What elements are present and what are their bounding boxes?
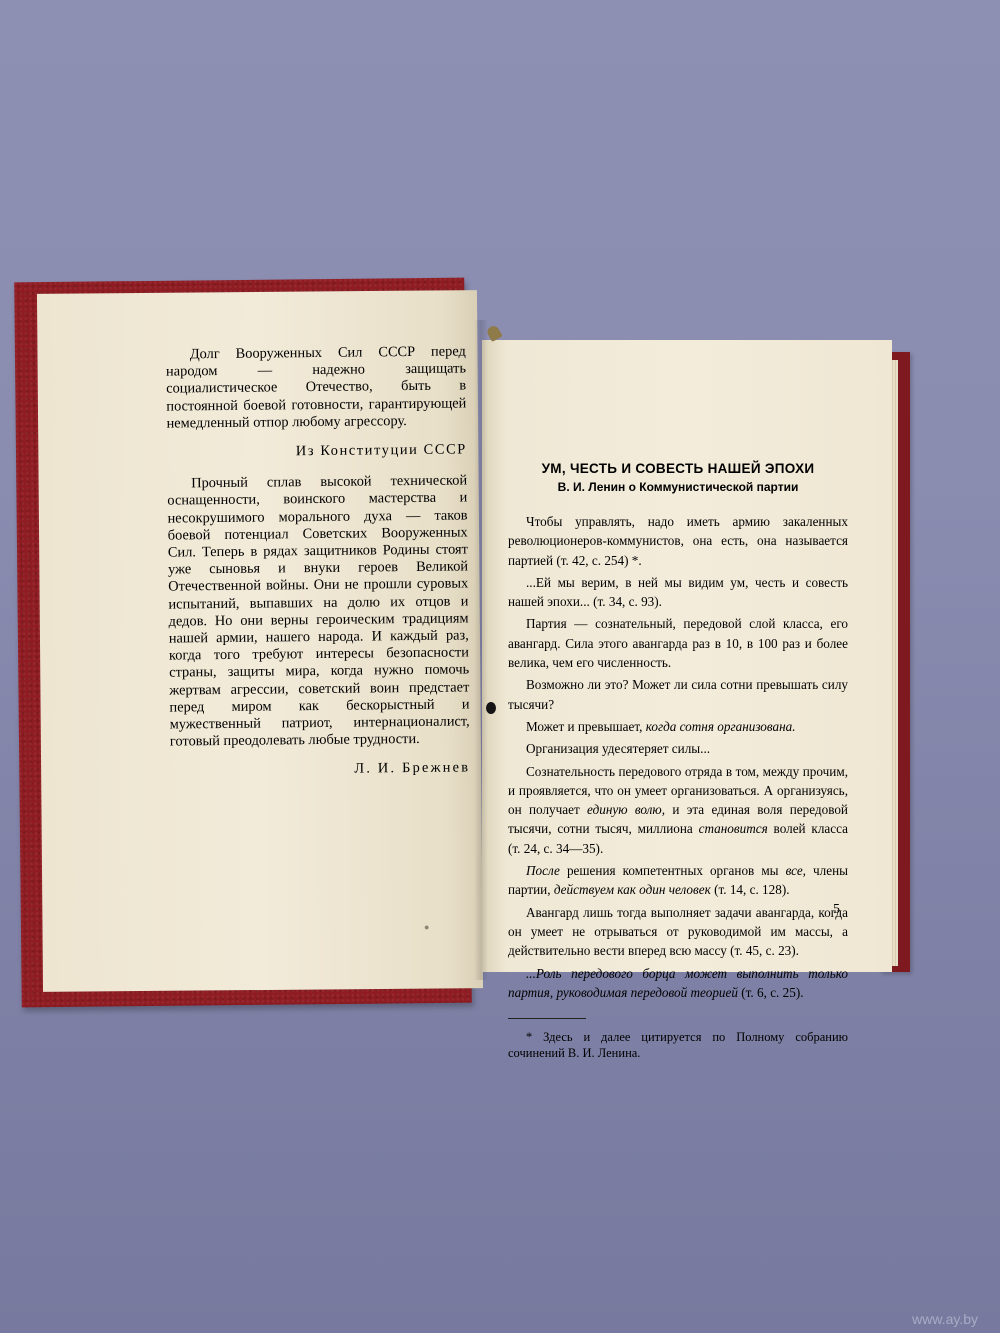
- chapter-subtitle: В. И. Ленин о Коммунистической партии: [508, 478, 848, 496]
- page-number: 5: [833, 902, 840, 918]
- quote-paragraph: Авангард лишь тогда выполняет задачи ава…: [508, 903, 848, 961]
- footnote-rule: [508, 1018, 586, 1019]
- quote-paragraph: Чтобы управлять, надо иметь армию закале…: [508, 512, 848, 570]
- quote-paragraph: ...Ей мы верим, в ней мы видим ум, честь…: [508, 573, 848, 612]
- page-mark: ●: [424, 922, 429, 932]
- quote-paragraph: Сознательность передового отряда в том, …: [508, 762, 848, 858]
- binding-hole: [486, 702, 496, 714]
- chapter-title: УМ, ЧЕСТЬ И СОВЕСТЬ НАШЕЙ ЭПОХИ: [508, 460, 848, 478]
- quote-paragraph: Возможно ли это? Может ли сила сотни пре…: [508, 675, 848, 714]
- watermark: www.ay.by: [912, 1311, 978, 1327]
- quote-paragraphs: Чтобы управлять, надо иметь армию закале…: [508, 512, 848, 1002]
- spine-gutter: [474, 320, 488, 980]
- quote-paragraph: ...Роль передового борца может выполнить…: [508, 964, 848, 1003]
- quote-paragraph: Партия — сознательный, передовой слой кл…: [508, 614, 848, 672]
- brezhnev-signature: Л. И. Брежнев: [170, 760, 470, 780]
- brezhnev-quote: Прочный сплав высокой технической оснаще…: [167, 473, 470, 751]
- right-page-text: УМ, ЧЕСТЬ И СОВЕСТЬ НАШЕЙ ЭПОХИ В. И. Ле…: [508, 460, 848, 1064]
- quote-paragraph: После решения компетентных органов мы вс…: [508, 861, 848, 900]
- footnote: * Здесь и далее цитируется по Полному со…: [508, 1029, 848, 1061]
- quote-paragraph: Может и превышает, когда сотня организов…: [508, 717, 848, 736]
- constitution-quote: Долг Вооруженных Сил СССР перед народом …: [166, 343, 467, 432]
- left-page-text: Долг Вооруженных Сил СССР перед народом …: [166, 343, 471, 780]
- constitution-attribution: Из Конституции СССР: [167, 441, 467, 461]
- quote-paragraph: Организация удесятеряет силы...: [508, 739, 848, 758]
